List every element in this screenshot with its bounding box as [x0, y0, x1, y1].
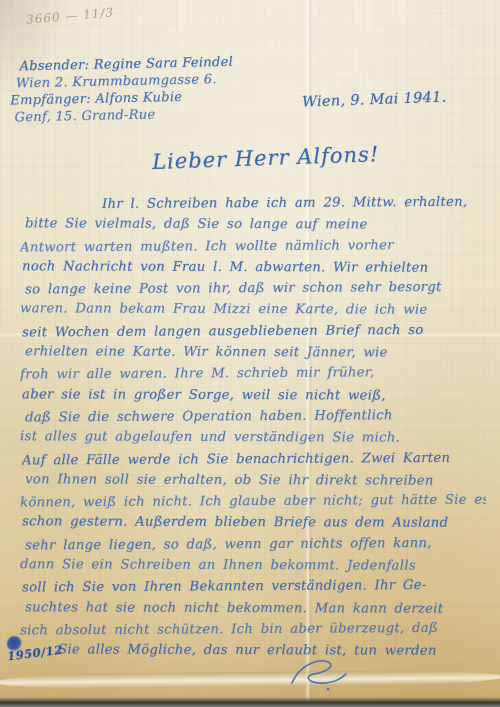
handwritten-line: waren. Dann bekam Frau Mizzi eine Karte,… — [20, 299, 486, 322]
scan-edge — [0, 697, 500, 707]
handwritten-line: Sie alles Mögliche, das nur erlaubt ist,… — [22, 639, 486, 662]
handwritten-line: Antwort warten mußten. Ich wollte nämlic… — [20, 234, 486, 258]
handwritten-line: dann Sie ein Schreiben an Ihnen bekommt.… — [20, 554, 486, 577]
handwritten-line: bitte Sie vielmals, daß Sie so lange auf… — [25, 213, 486, 236]
handwritten-line: Auf alle Fälle werde ich Sie benachricht… — [22, 447, 486, 471]
handwritten-line: daß Sie die schwere Operation haben. Hof… — [25, 405, 486, 429]
handwritten-line: froh wir alle waren. Ihre M. schrieb mir… — [20, 362, 486, 386]
sender-address-block: Absender: Regine Sara FeindelWien 2. Kru… — [19, 54, 234, 126]
handwritten-line: sehr lange liegen, so daß, wenn gar nich… — [25, 532, 486, 556]
handwritten-line: suchtes hat sie noch nicht bekommen. Man… — [25, 597, 486, 620]
handwritten-line: von Ihnen soll sie erhalten, ob Sie ihr … — [25, 469, 486, 492]
handwritten-line: können, weiß ich nicht. Ich glaube aber … — [20, 490, 486, 514]
handwritten-line: erhielten eine Karte. Wir können seit Jä… — [25, 341, 486, 364]
handwritten-line: ist alles gut abgelaufen und verständige… — [20, 426, 486, 449]
handwritten-line: schon gestern. Außerdem blieben Briefe a… — [22, 512, 486, 535]
handwritten-line: Ihr l. Schreiben habe ich am 29. Mittw. … — [22, 192, 486, 216]
body-lines: Ihr l. Schreiben habe ich am 29. Mittw. … — [20, 193, 486, 662]
handwritten-line: soll ich Sie von Ihren Bekannten verstän… — [22, 575, 486, 599]
scanned-letter-page: 3660 — 11/3 Absender: Regine Sara Feinde… — [0, 0, 500, 707]
handwritten-line: so lange keine Post von ihr, daß wir sch… — [25, 277, 486, 301]
handwritten-line: seit Wochen dem langen ausgebliebenen Br… — [22, 319, 486, 343]
handwritten-line: aber sie ist in großer Sorge, weil sie n… — [22, 384, 486, 407]
handwritten-line: noch Nachricht von Frau l. M. abwarten. … — [22, 256, 486, 279]
signature-flourish — [286, 656, 358, 694]
handwritten-line: sich absolut nicht schützen. Ich bin abe… — [20, 618, 486, 642]
